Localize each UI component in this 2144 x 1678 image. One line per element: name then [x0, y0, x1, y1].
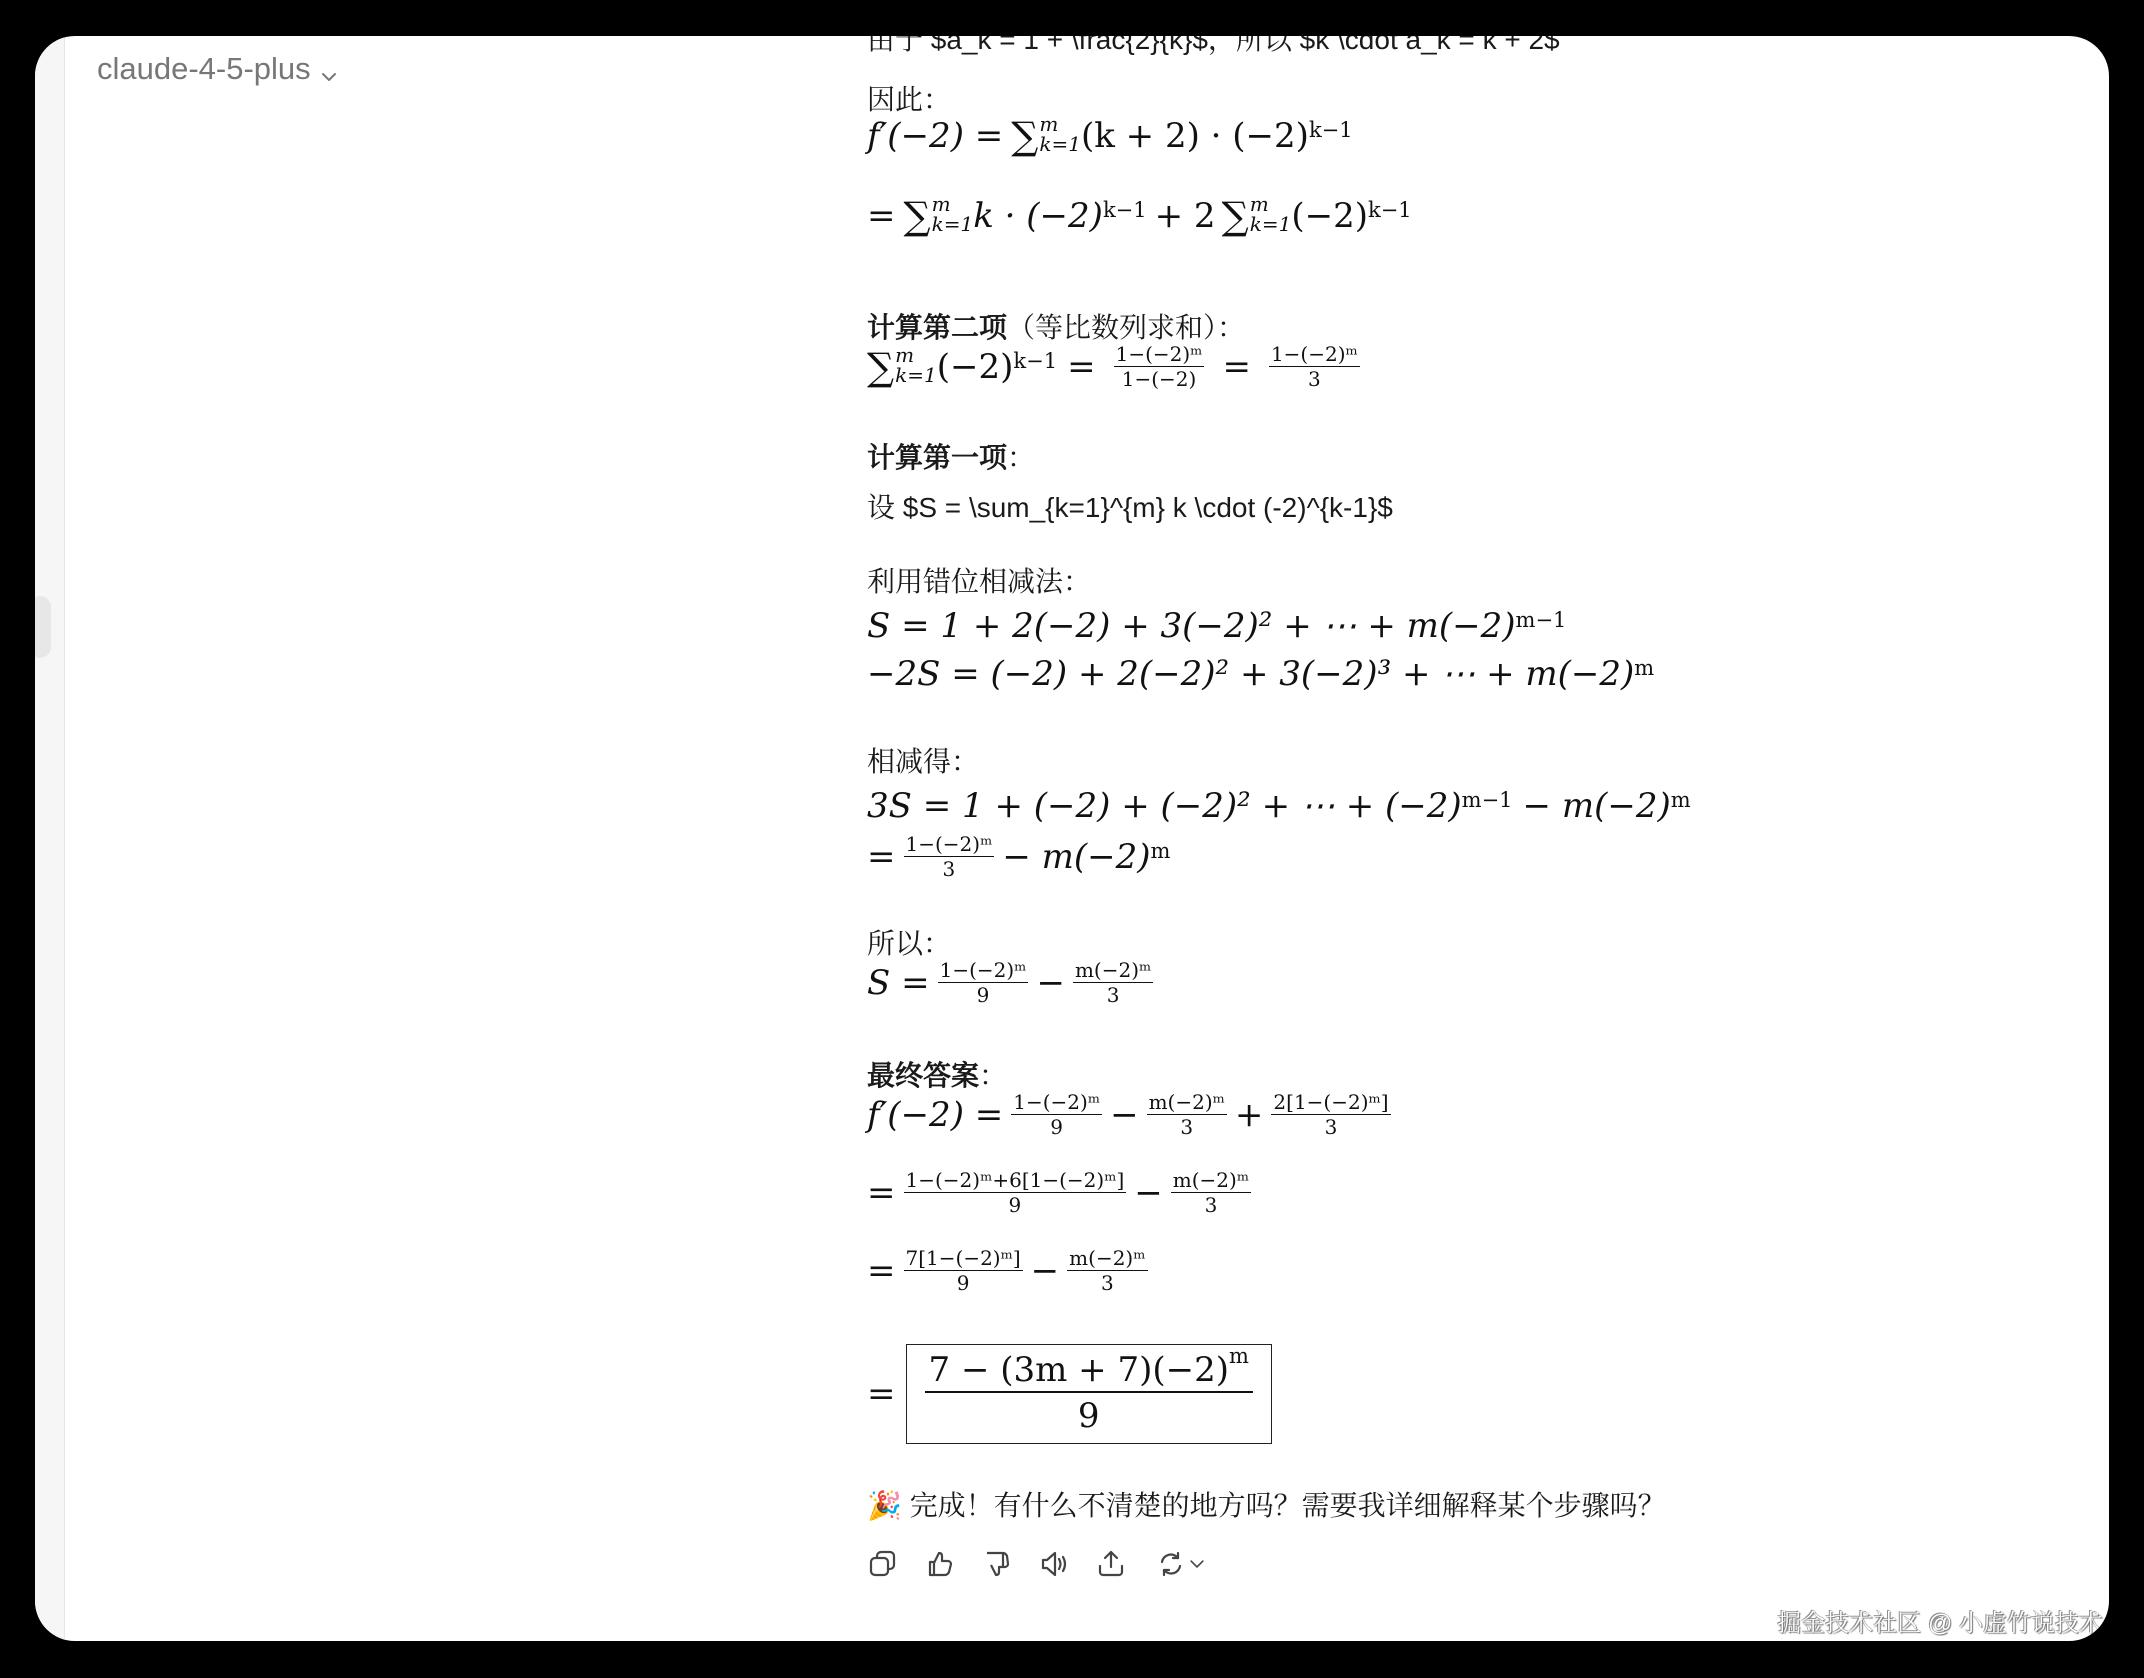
- heading-colon: ：: [1007, 442, 1035, 473]
- final-answer-heading: 最终答案：: [867, 1054, 1007, 1094]
- share-button[interactable]: [1095, 1548, 1127, 1580]
- share-icon: [1096, 1549, 1126, 1579]
- read-aloud-button[interactable]: [1038, 1548, 1070, 1580]
- therefore-label: 因此：: [867, 78, 951, 118]
- final-equation-3: = 7[1−(−2)ᵐ]9 − m(−2)ᵐ3: [867, 1246, 1156, 1295]
- fraction: 7 − (3m + 7)(−2)m 9: [925, 1349, 1253, 1439]
- eq-prefix: =: [867, 196, 896, 236]
- fraction: 2[1−(−2)ᵐ]3: [1271, 1090, 1390, 1139]
- chevron-down-icon: [1186, 1553, 1208, 1575]
- eq-operator: −: [1031, 1251, 1060, 1291]
- heading-colon: ：: [979, 1060, 1007, 1091]
- fraction: m(−2)ᵐ3: [1147, 1090, 1227, 1139]
- fraction: 7[1−(−2)ᵐ]9: [904, 1246, 1023, 1295]
- watermark: 掘金技术社区 @ 小虚竹说技术: [1777, 1603, 2103, 1638]
- boxed-answer: 7 − (3m + 7)(−2)m 9: [906, 1344, 1272, 1444]
- fraction: 1−(−2)ᵐ9: [938, 958, 1029, 1007]
- fraction: 1−(−2)ᵐ9: [1011, 1090, 1102, 1139]
- eq-prefix: =: [867, 1251, 896, 1291]
- closing-line: 🎉 完成！有什么不清楚的地方吗？需要我详细解释某个步骤吗？: [867, 1484, 1666, 1524]
- eq-operator: −: [1110, 1095, 1139, 1135]
- copy-button[interactable]: [867, 1548, 899, 1580]
- model-selector[interactable]: claude-4-5-plus: [97, 51, 339, 87]
- fraction: 1−(−2)ᵐ3: [1269, 342, 1360, 391]
- sum-symbol: ∑ mk=1: [1222, 194, 1292, 238]
- sidebar-toggle-handle[interactable]: [35, 596, 51, 658]
- speaker-icon: [1039, 1549, 1069, 1579]
- thumbs-down-icon: [982, 1549, 1012, 1579]
- eq-tail: − m(−2): [1002, 837, 1150, 877]
- heading-text: 计算第一项: [867, 442, 1007, 473]
- equation-geometric-sum: ∑ mk=1 (−2) k−1 = 1−(−2)ᵐ1−(−2) = 1−(−2)…: [867, 342, 1368, 391]
- thumbs-up-button[interactable]: [924, 1548, 956, 1580]
- sum-symbol: ∑ mk=1: [904, 194, 974, 238]
- equation-3S: 3S = 1 + (−2) + (−2)² + ⋯ + (−2) m−1 − m…: [867, 786, 1691, 826]
- eq-body: (k + 2) · (−2): [1081, 116, 1309, 156]
- fraction: 1−(−2)ᵐ1−(−2): [1114, 342, 1205, 391]
- equation-3S-simplified: = 1−(−2)ᵐ3 − m(−2) m: [867, 832, 1170, 881]
- partial-text-line: 由于 $a_k = 1 + \frac{2}{k}$，所以 $k \cdot a…: [867, 36, 1560, 58]
- equation-split-sums: = ∑ mk=1 k · (−2) k−1 + 2 ∑ mk=1 (−2) k−…: [867, 194, 1412, 238]
- fraction: m(−2)ᵐ3: [1171, 1168, 1251, 1217]
- first-term-heading: 计算第一项：: [867, 436, 1035, 476]
- chevron-down-icon: [319, 59, 339, 79]
- fraction: m(−2)ᵐ3: [1067, 1246, 1147, 1295]
- thumbs-down-button[interactable]: [981, 1548, 1013, 1580]
- eq-operator: +: [1235, 1095, 1264, 1135]
- final-equation-boxed: = 7 − (3m + 7)(−2)m 9: [867, 1344, 1272, 1444]
- refresh-icon: [1156, 1549, 1186, 1579]
- equation-S-result: S = 1−(−2)ᵐ9 − m(−2)ᵐ3: [867, 958, 1161, 1007]
- regenerate-button[interactable]: [1152, 1548, 1212, 1580]
- so-label: 所以：: [867, 922, 951, 962]
- eq-lhs: f′(−2) =: [867, 1095, 1003, 1135]
- eq-prefix: =: [867, 837, 896, 877]
- fraction: m(−2)ᵐ3: [1073, 958, 1153, 1007]
- sidebar-collapsed-strip: [35, 36, 65, 1641]
- define-s-line: 设 $S = \sum_{k=1}^{m} k \cdot (-2)^{k-1}…: [867, 486, 1393, 526]
- eq-operator: −: [1036, 963, 1065, 1003]
- second-term-heading: 计算第二项（等比数列求和）：: [867, 306, 1245, 346]
- copy-icon: [868, 1549, 898, 1579]
- sum-symbol: ∑ mk=1: [1011, 114, 1081, 158]
- subtract-label: 相减得：: [867, 740, 979, 780]
- method-label: 利用错位相减法：: [867, 560, 1091, 600]
- eq-term: k · (−2): [973, 196, 1103, 236]
- equation-f-prime-sum: f′(−2) = ∑ mk=1 (k + 2) · (−2) k−1: [867, 114, 1353, 158]
- sum-symbol: ∑ mk=1: [867, 345, 937, 389]
- eq-lhs: f′(−2) =: [867, 116, 1003, 156]
- model-name: claude-4-5-plus: [97, 51, 311, 87]
- eq-prefix: =: [867, 1173, 896, 1213]
- closing-text: 完成！有什么不清楚的地方吗？需要我详细解释某个步骤吗？: [910, 1490, 1666, 1521]
- eq-body: (−2): [937, 347, 1014, 387]
- eq-body: 3S = 1 + (−2) + (−2)² + ⋯ + (−2): [867, 786, 1462, 826]
- heading-note: （等比数列求和）：: [1007, 312, 1245, 343]
- chat-window: claude-4-5-plus 由于 $a_k = 1 + \frac{2}{k…: [35, 36, 2109, 1641]
- eq-operator: + 2: [1155, 196, 1216, 236]
- fraction: 1−(−2)ᵐ+6[1−(−2)ᵐ]9: [904, 1168, 1127, 1217]
- heading-text: 最终答案: [867, 1060, 979, 1091]
- message-action-bar: [867, 1548, 1212, 1580]
- eq-body: −2S = (−2) + 2(−2)² + 3(−2)³ + ⋯ + m(−2): [867, 654, 1634, 694]
- party-popper-icon: 🎉: [867, 1490, 902, 1521]
- eq-prefix: =: [867, 1374, 896, 1414]
- eq-body: S = 1 + 2(−2) + 3(−2)² + ⋯ + m(−2): [867, 606, 1516, 646]
- thumbs-up-icon: [925, 1549, 955, 1579]
- final-equation-2: = 1−(−2)ᵐ+6[1−(−2)ᵐ]9 − m(−2)ᵐ3: [867, 1168, 1259, 1217]
- eq-term: (−2): [1291, 196, 1368, 236]
- eq-lhs: S =: [867, 963, 930, 1003]
- equation-neg2S-series: −2S = (−2) + 2(−2)² + 3(−2)³ + ⋯ + m(−2)…: [867, 654, 1654, 694]
- equation-S-series: S = 1 + 2(−2) + 3(−2)² + ⋯ + m(−2) m−1: [867, 606, 1566, 646]
- heading-text: 计算第二项: [867, 312, 1007, 343]
- fraction: 1−(−2)ᵐ3: [904, 832, 995, 881]
- eq-tail: − m(−2): [1523, 786, 1671, 826]
- final-equation-1: f′(−2) = 1−(−2)ᵐ9 − m(−2)ᵐ3 + 2[1−(−2)ᵐ]…: [867, 1090, 1399, 1139]
- eq-operator: −: [1134, 1173, 1163, 1213]
